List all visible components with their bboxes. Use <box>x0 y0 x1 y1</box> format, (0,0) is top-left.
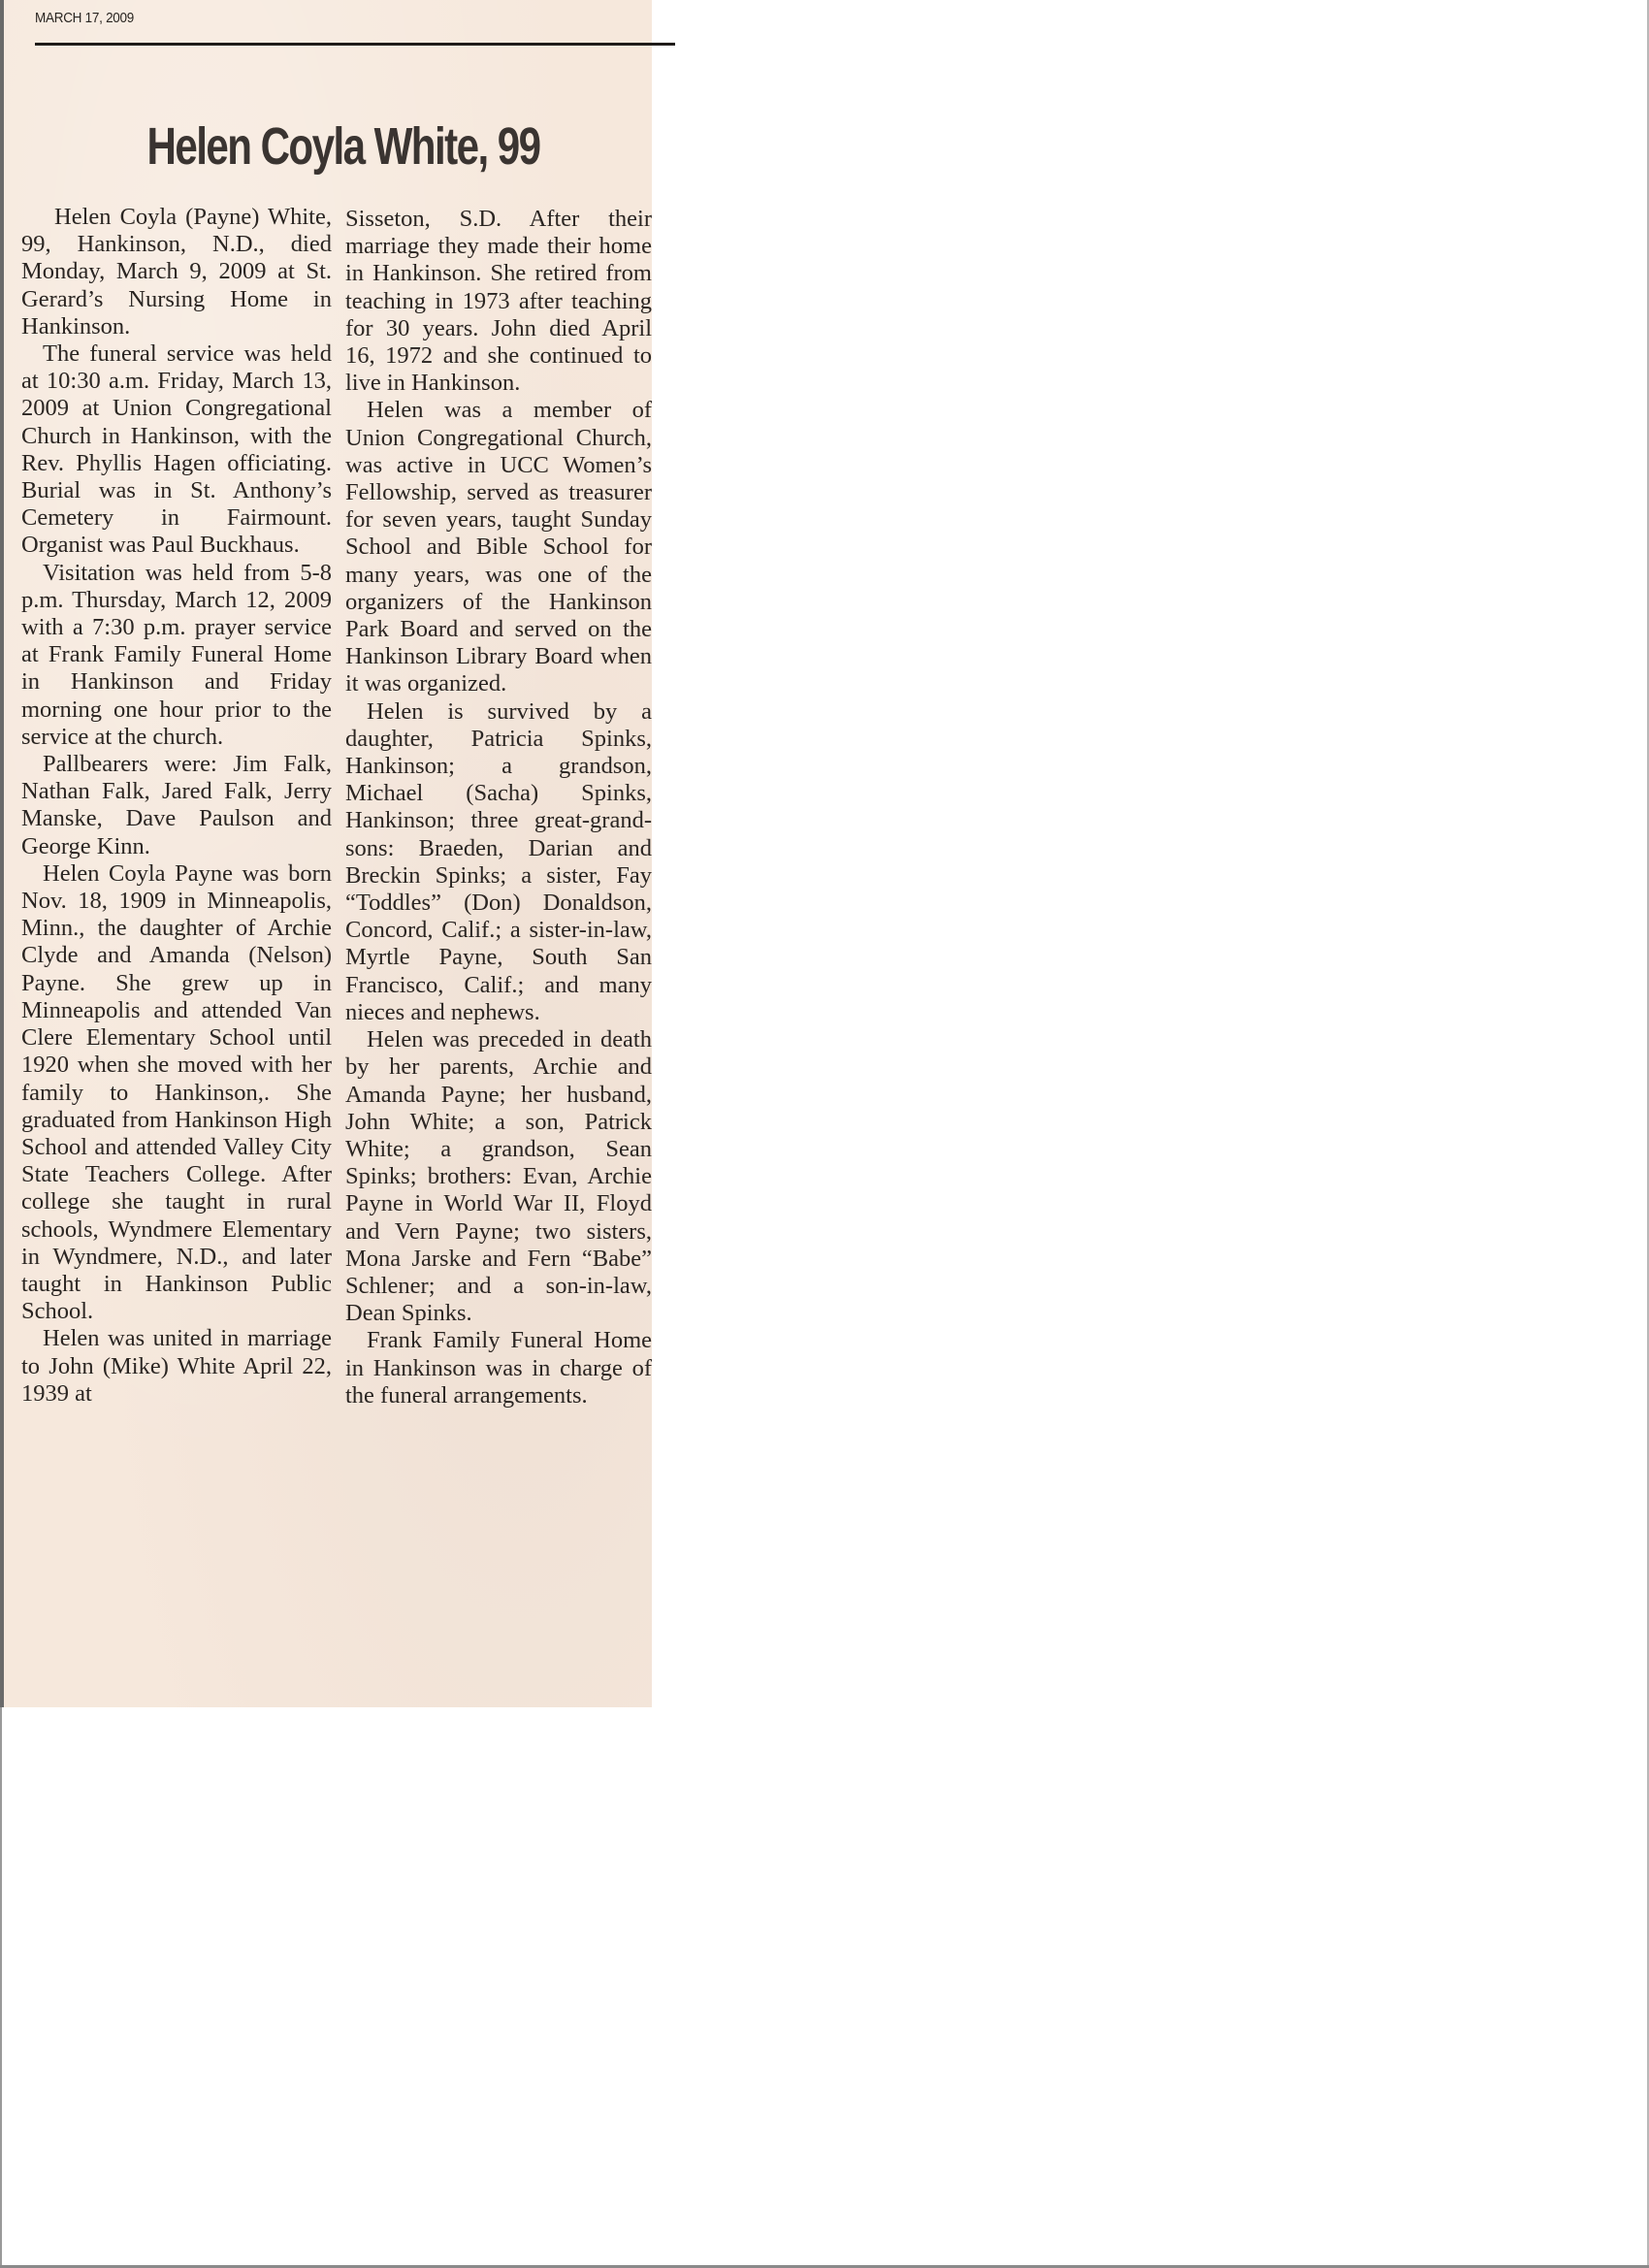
paragraph-visitation: Visitation was held from 5-8 p.m. Thursd… <box>21 560 332 751</box>
paragraph-marriage-continued: Sisseton, S.D. After their marriage they… <box>345 206 652 397</box>
paragraph-arrangements: Frank Family Funeral Home in Hankinson w… <box>345 1327 652 1409</box>
left-column: Helen Coyla (Payne) White, 99, Hankinson… <box>21 204 332 1408</box>
paragraph-pallbearers: Pallbearers were: Jim Falk, Nathan Falk,… <box>21 751 332 860</box>
scanner-edge-left-lower <box>0 1707 2 2268</box>
publication-date: MARCH 17, 2009 <box>35 10 134 26</box>
paragraph-death-notice: Helen Coyla (Payne) White, 99, Hankinson… <box>21 204 332 340</box>
paragraph-funeral-service: The funeral service was held at 10:30 a.… <box>21 340 332 560</box>
paragraph-community: Helen was a member of Union Congregation… <box>345 397 652 697</box>
header-rule <box>35 43 675 46</box>
paragraph-early-life: Helen Coyla Payne was born Nov. 18, 1909… <box>21 860 332 1325</box>
paragraph-marriage: Helen was united in marriage to John (Mi… <box>21 1325 332 1408</box>
newspaper-clipping: MARCH 17, 2009 Helen Coyla White, 99 Hel… <box>4 0 652 1707</box>
obituary-headline: Helen Coyla White, 99 <box>79 116 608 177</box>
paragraph-survivors: Helen is survived by a daughter, Patrici… <box>345 698 652 1026</box>
paragraph-preceded-in-death: Helen was preceded in death by her paren… <box>345 1026 652 1327</box>
right-column: Sisseton, S.D. After their marriage they… <box>345 206 652 1409</box>
